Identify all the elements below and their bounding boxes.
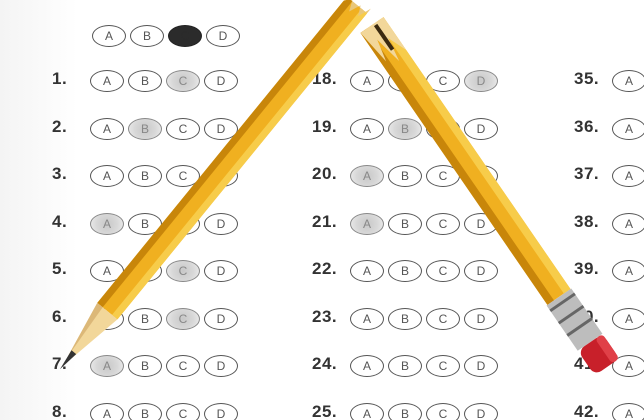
pencil-right-half [0, 0, 644, 420]
answer-sheet-photo: ABCD1.ABCD2.ABCD3.ABCD4.ABCD5.ABCD6.ABCD… [0, 0, 644, 420]
